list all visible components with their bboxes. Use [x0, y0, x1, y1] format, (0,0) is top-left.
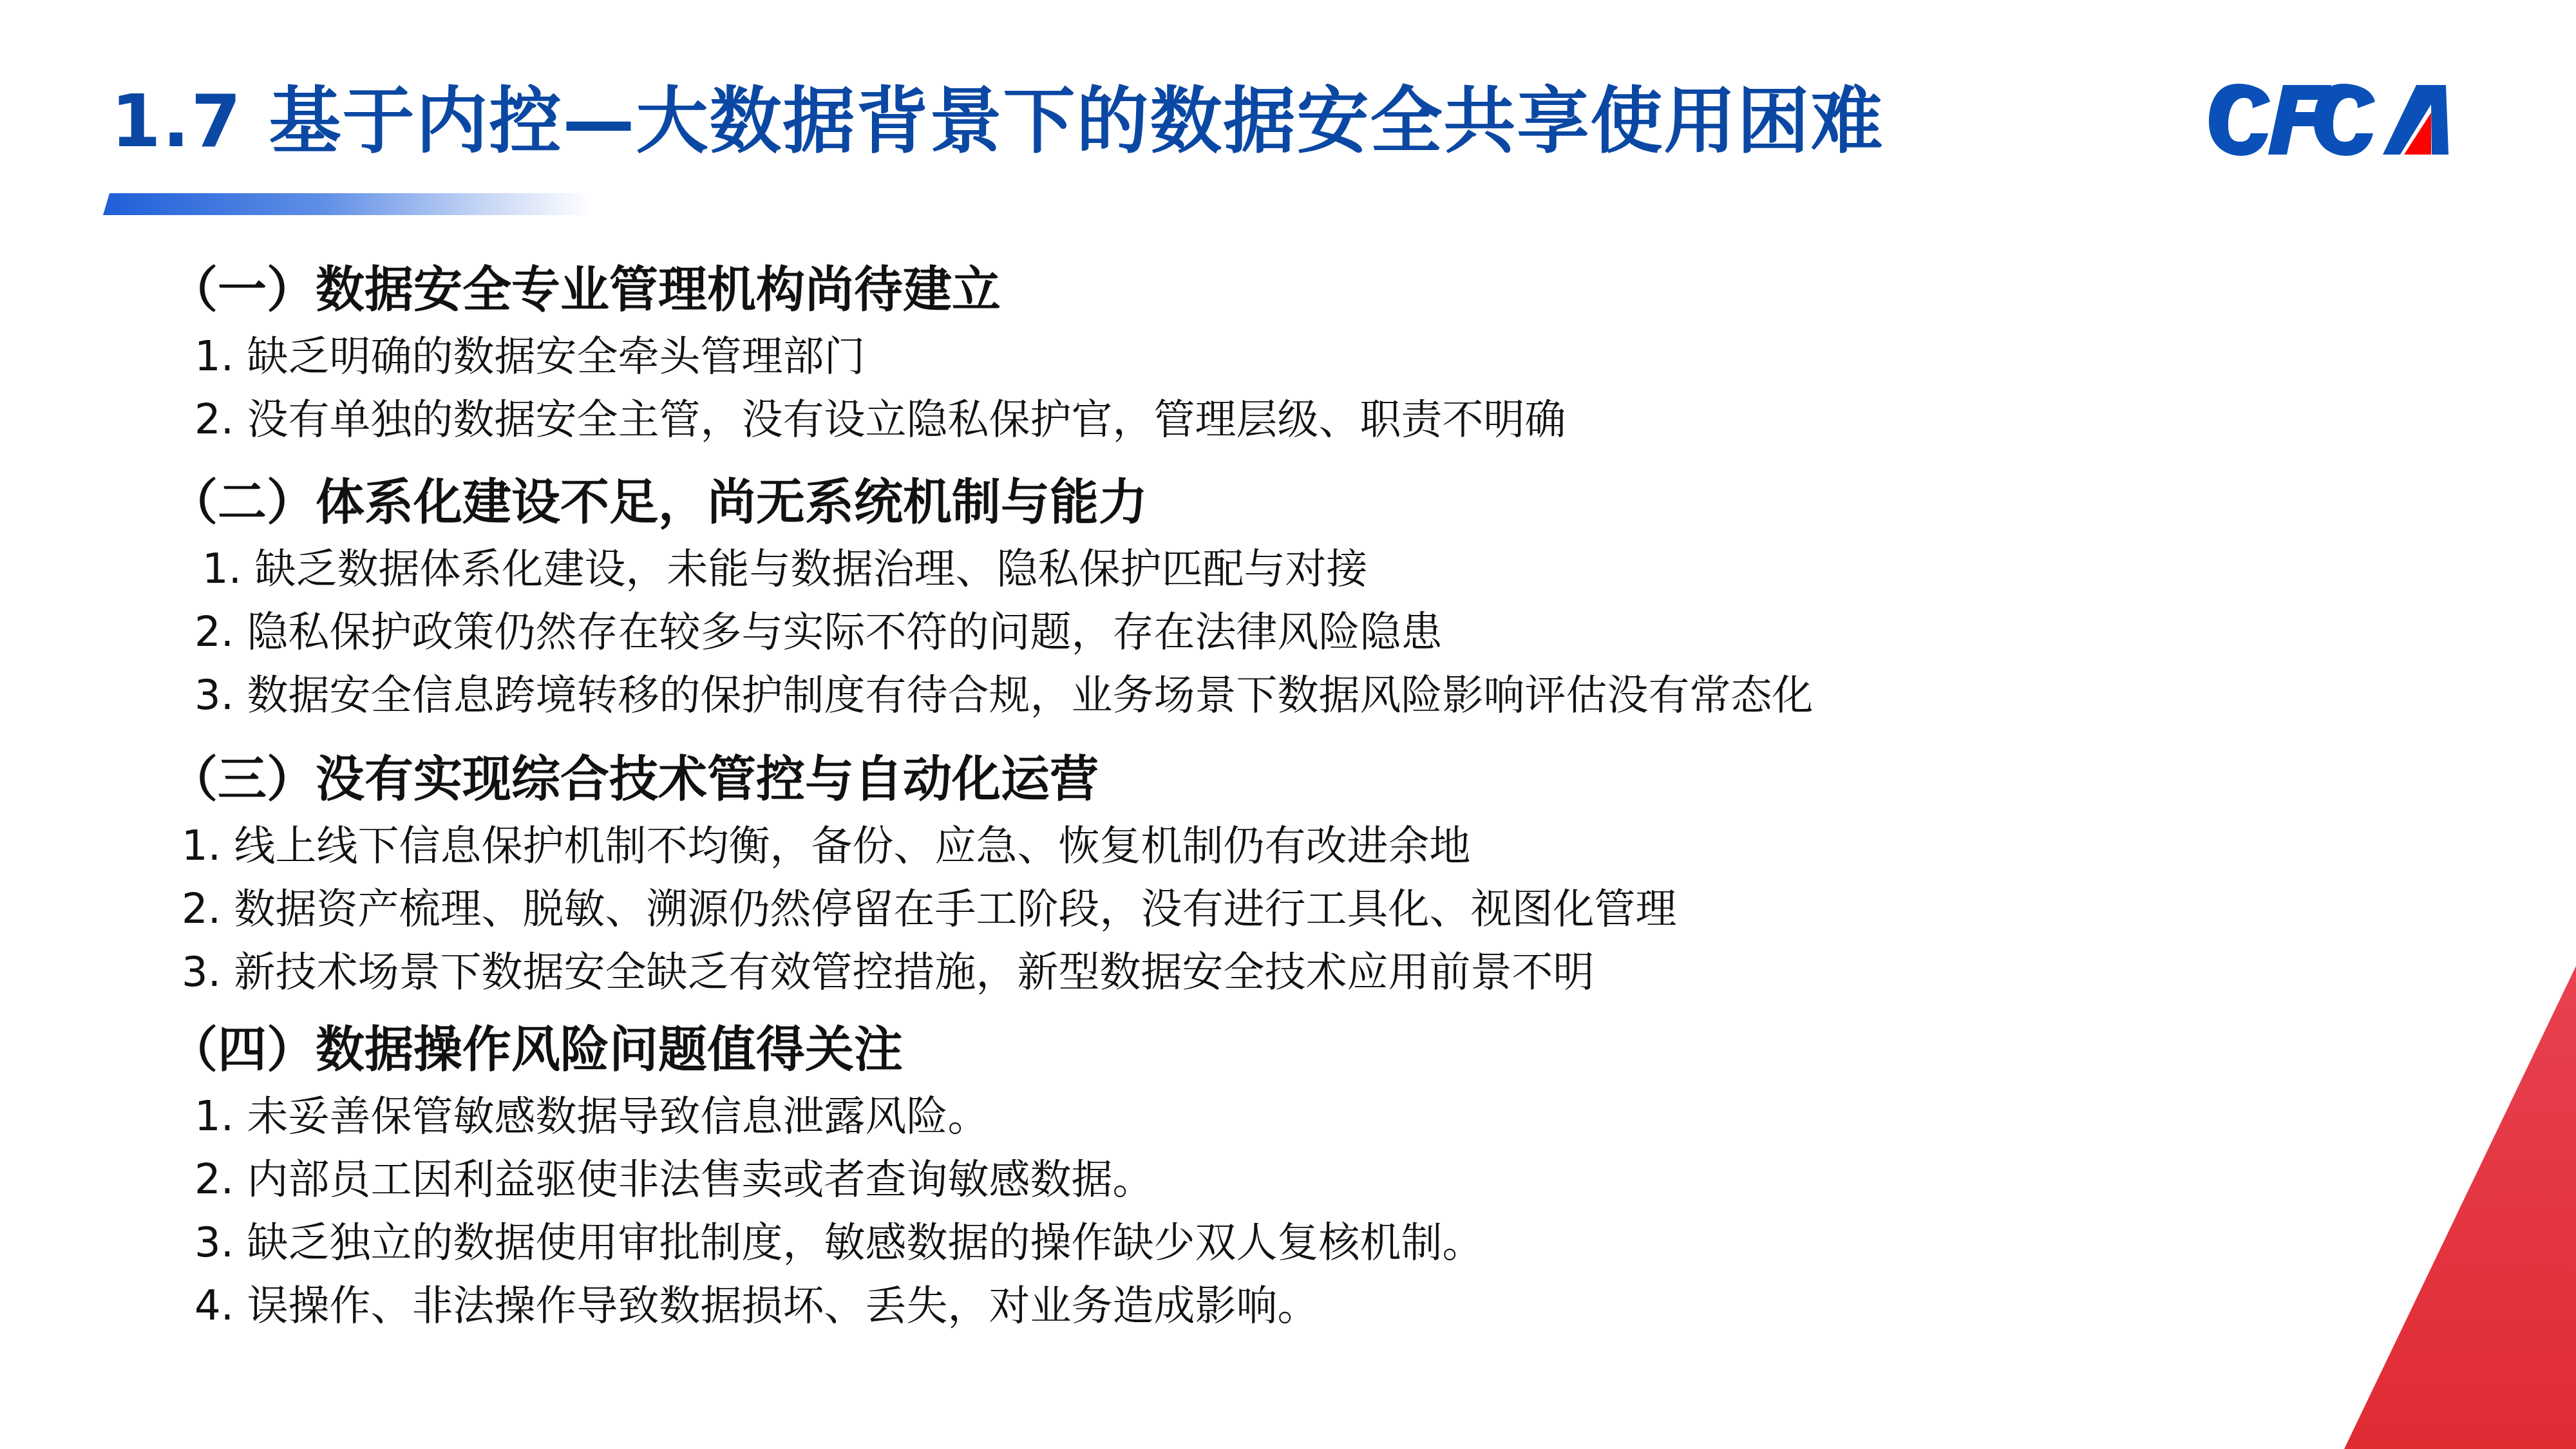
list-item: 1. 未妥善保管敏感数据导致信息泄露风险。 [169, 1085, 1483, 1148]
list-item: 2. 隐私保护政策仍然存在较多与实际不符的问题，存在法律风险隐患 [169, 601, 1813, 664]
list-item: 2. 没有单独的数据安全主管，没有设立隐私保护官，管理层级、职责不明确 [169, 388, 1566, 451]
list-item: 1. 缺乏明确的数据安全牵头管理部门 [169, 325, 1566, 388]
section-technical-control: （三）没有实现综合技术管控与自动化运营 1. 线上线下信息保护机制不均衡，备份、… [169, 744, 1676, 1004]
section-heading: （二）体系化建设不足，尚无系统机制与能力 [169, 467, 1813, 538]
list-item: 4. 误操作、非法操作导致数据损坏、丢失，对业务造成影响。 [169, 1274, 1483, 1338]
title-underline-gradient [103, 193, 592, 215]
list-item: 3. 数据安全信息跨境转移的保护制度有待合规，业务场景下数据风险影响评估没有常态… [169, 664, 1813, 727]
slide-title: 1.7 基于内控—大数据背景下的数据安全共享使用困难 [111, 79, 1884, 165]
list-item: 1. 缺乏数据体系化建设，未能与数据治理、隐私保护匹配与对接 [169, 538, 1813, 601]
section-heading: （三）没有实现综合技术管控与自动化运营 [169, 744, 1676, 815]
list-item: 2. 数据资产梳理、脱敏、溯源仍然停留在手工阶段，没有进行工具化、视图化管理 [169, 878, 1676, 941]
list-item: 2. 内部员工因利益驱使非法售卖或者查询敏感数据。 [169, 1148, 1483, 1211]
list-item: 1. 线上线下信息保护机制不均衡，备份、应急、恢复机制仍有改进余地 [169, 815, 1676, 878]
list-item: 3. 缺乏独立的数据使用审批制度，敏感数据的操作缺少双人复核机制。 [169, 1211, 1483, 1274]
section-operation-risk: （四）数据操作风险问题值得关注 1. 未妥善保管敏感数据导致信息泄露风险。 2.… [169, 1014, 1483, 1338]
list-item: 3. 新技术场景下数据安全缺乏有效管控措施，新型数据安全技术应用前景不明 [169, 941, 1676, 1004]
section-heading: （四）数据操作风险问题值得关注 [169, 1014, 1483, 1085]
section-management-org: （一）数据安全专业管理机构尚待建立 1. 缺乏明确的数据安全牵头管理部门 2. … [169, 254, 1566, 451]
cfca-logo [2209, 84, 2467, 156]
section-heading: （一）数据安全专业管理机构尚待建立 [169, 254, 1566, 325]
section-system-building: （二）体系化建设不足，尚无系统机制与能力 1. 缺乏数据体系化建设，未能与数据治… [169, 467, 1813, 727]
corner-red-triangle-decoration [2344, 966, 2576, 1449]
